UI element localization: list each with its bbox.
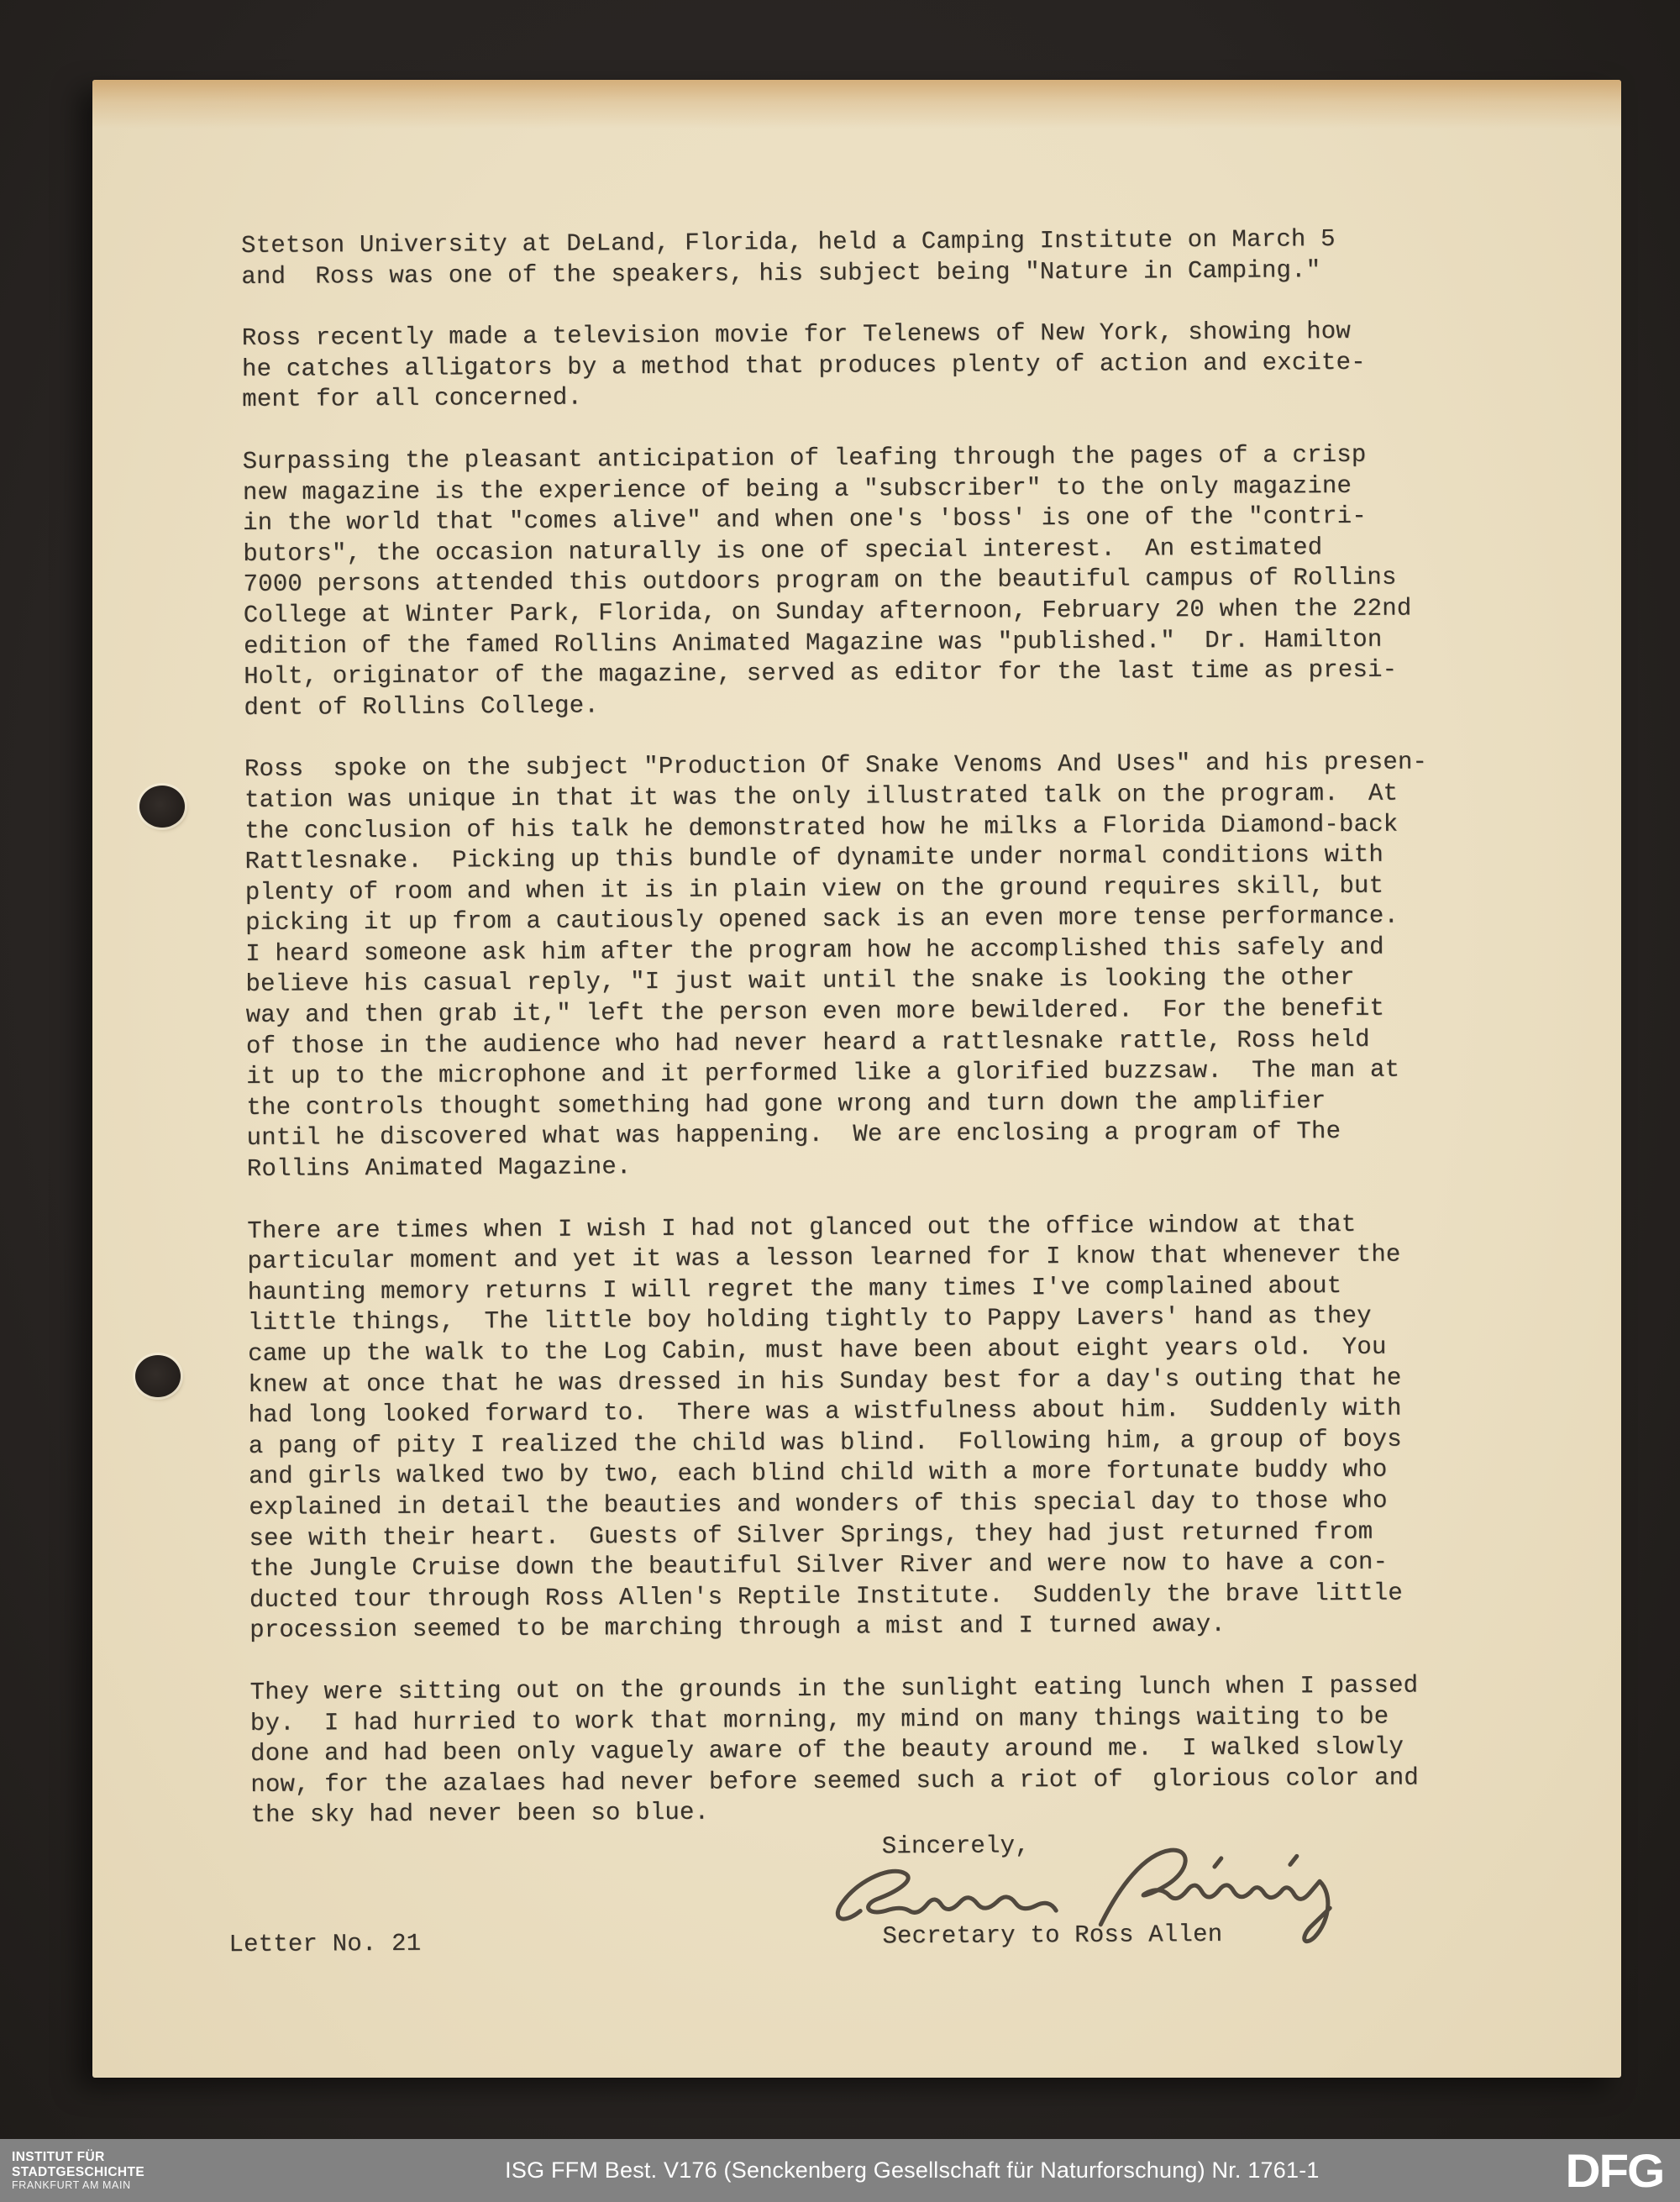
paragraph-5: There are times when I wish I had not gl… [247,1209,1469,1647]
scan-background: Stetson University at DeLand, Florida, h… [0,0,1680,2202]
archive-reference: ISG FFM Best. V176 (Senckenberg Gesellsc… [264,2157,1561,2184]
closing-title: Secretary to Ross Allen [882,1920,1222,1952]
paragraph-1: Stetson University at DeLand, Florida, h… [241,223,1461,292]
letter-sheet: Stetson University at DeLand, Florida, h… [92,80,1621,2078]
punch-hole-top [139,786,185,828]
institute-line3: FRANKFURT AM MAIN [12,2179,264,2191]
punch-hole-bottom [135,1355,181,1397]
closing-block: Sincerely, Secretary to Ross Allen [882,1828,1437,1991]
paragraph-2: Ross recently made a television movie fo… [242,316,1462,416]
institute-line2: STADTGESCHICHTE [12,2165,264,2179]
dfg-logo: DFG [1565,2139,1663,2202]
letter-body: Stetson University at DeLand, Florida, h… [241,223,1472,2037]
paragraph-4: Ross spoke on the subject "Production Of… [244,747,1467,1185]
paragraph-3: Surpassing the pleasant anticipation of … [243,439,1464,723]
institute-label: INSTITUT FÜR STADTGESCHICHTE FRANKFURT A… [12,2150,264,2191]
paragraph-6: They were sitting out on the grounds in … [250,1670,1471,1831]
archive-caption-bar: INSTITUT FÜR STADTGESCHICHTE FRANKFURT A… [0,2139,1680,2202]
letter-number: Letter No. 21 [228,1929,421,1961]
institute-line1: INSTITUT FÜR [12,2150,264,2164]
